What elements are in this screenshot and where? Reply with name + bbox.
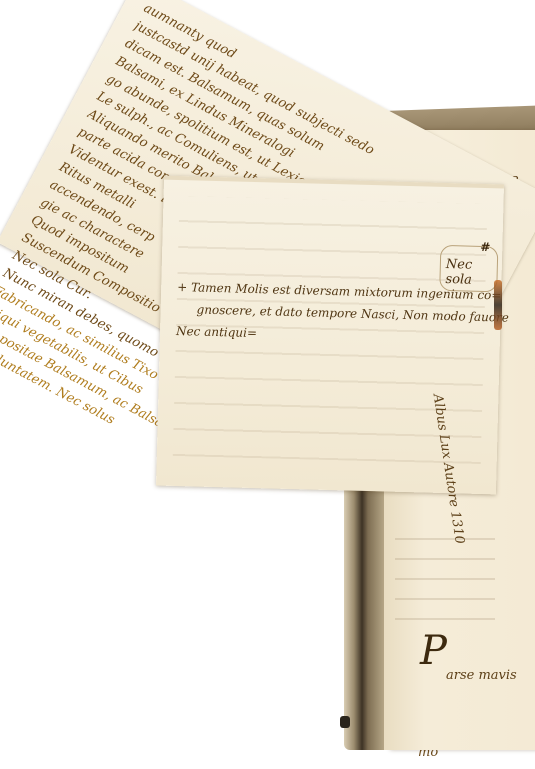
front-sheet-text: + Tamen Molis est diversam mixtorum inge… (176, 276, 498, 350)
front-manuscript-sheet: # Nec sola + Tamen Molis est diversam mi… (156, 176, 504, 495)
flourish-initial: P (420, 628, 447, 674)
flourish-text: arse mavis (446, 668, 517, 683)
manuscript-photo: imis sane Sol ad me qui mem jun Hn curi … (0, 0, 535, 769)
book-clasp (340, 716, 350, 728)
rust-stain (494, 280, 502, 330)
hash-symbol-icon: # (480, 240, 490, 254)
faded-writing (395, 520, 495, 620)
